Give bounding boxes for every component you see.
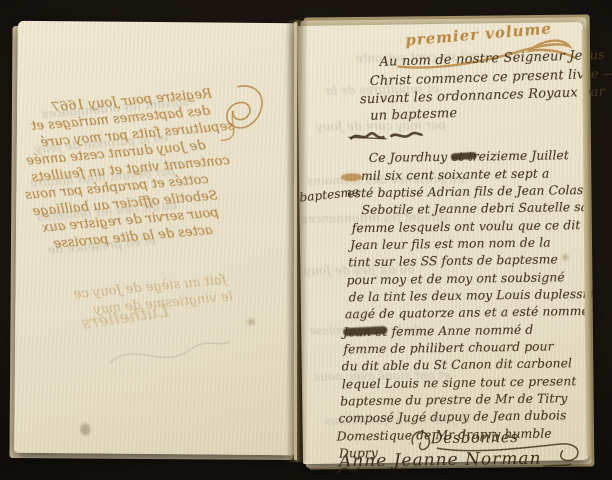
manuscript-line: lequel Louis ne signe tout ce present (342, 374, 577, 391)
right-page: premier volume mil six cent soixante et … (297, 22, 589, 464)
manuscript-line: femme de philibert chouard pour (343, 339, 553, 356)
mirrored-text-block: suivant les ordonnances Registre pour Jo… (11, 81, 294, 284)
manuscript-line: aagé de quatorze ans et a esté nommé (345, 304, 589, 321)
faint-swirl-mark (103, 330, 233, 375)
signature-tail (333, 452, 573, 480)
manuscript-line: tint sur les SS fonts de baptesme (348, 252, 558, 269)
left-page: suivant les ordonnances Registre pour Jo… (14, 21, 298, 455)
stain-spot (247, 319, 255, 325)
ink-scribble (346, 126, 424, 147)
manuscript-line: de la tint les deux moy Louis duplessis (349, 287, 594, 304)
manuscript-line: Jean leur fils est mon nom de la (350, 235, 551, 252)
manuscript-line: femme lesquels ont voulu que ce dit (352, 218, 581, 235)
manuscript-line: baptesme du prestre de Mr de Titry (340, 391, 567, 408)
stain-spot (80, 423, 90, 435)
manuscript-line: du dit able du St Canon dit carbonel (342, 356, 572, 373)
manuscript-line: esté baptisé Adrian fils de Jean Colas (347, 183, 583, 200)
manuscript-line: pour moy et de moy ont soubsigné (346, 270, 564, 287)
manuscript-line: mil six cent soixante et sept a (361, 167, 549, 184)
photograph-of-open-register: suivant les ordonnances Registre pour Jo… (0, 0, 612, 480)
manuscript-line: Sebotile et Jeanne debri Sautelle sa (361, 200, 588, 217)
stain-spot (562, 254, 568, 260)
manuscript-line: un baptesme (370, 106, 458, 124)
